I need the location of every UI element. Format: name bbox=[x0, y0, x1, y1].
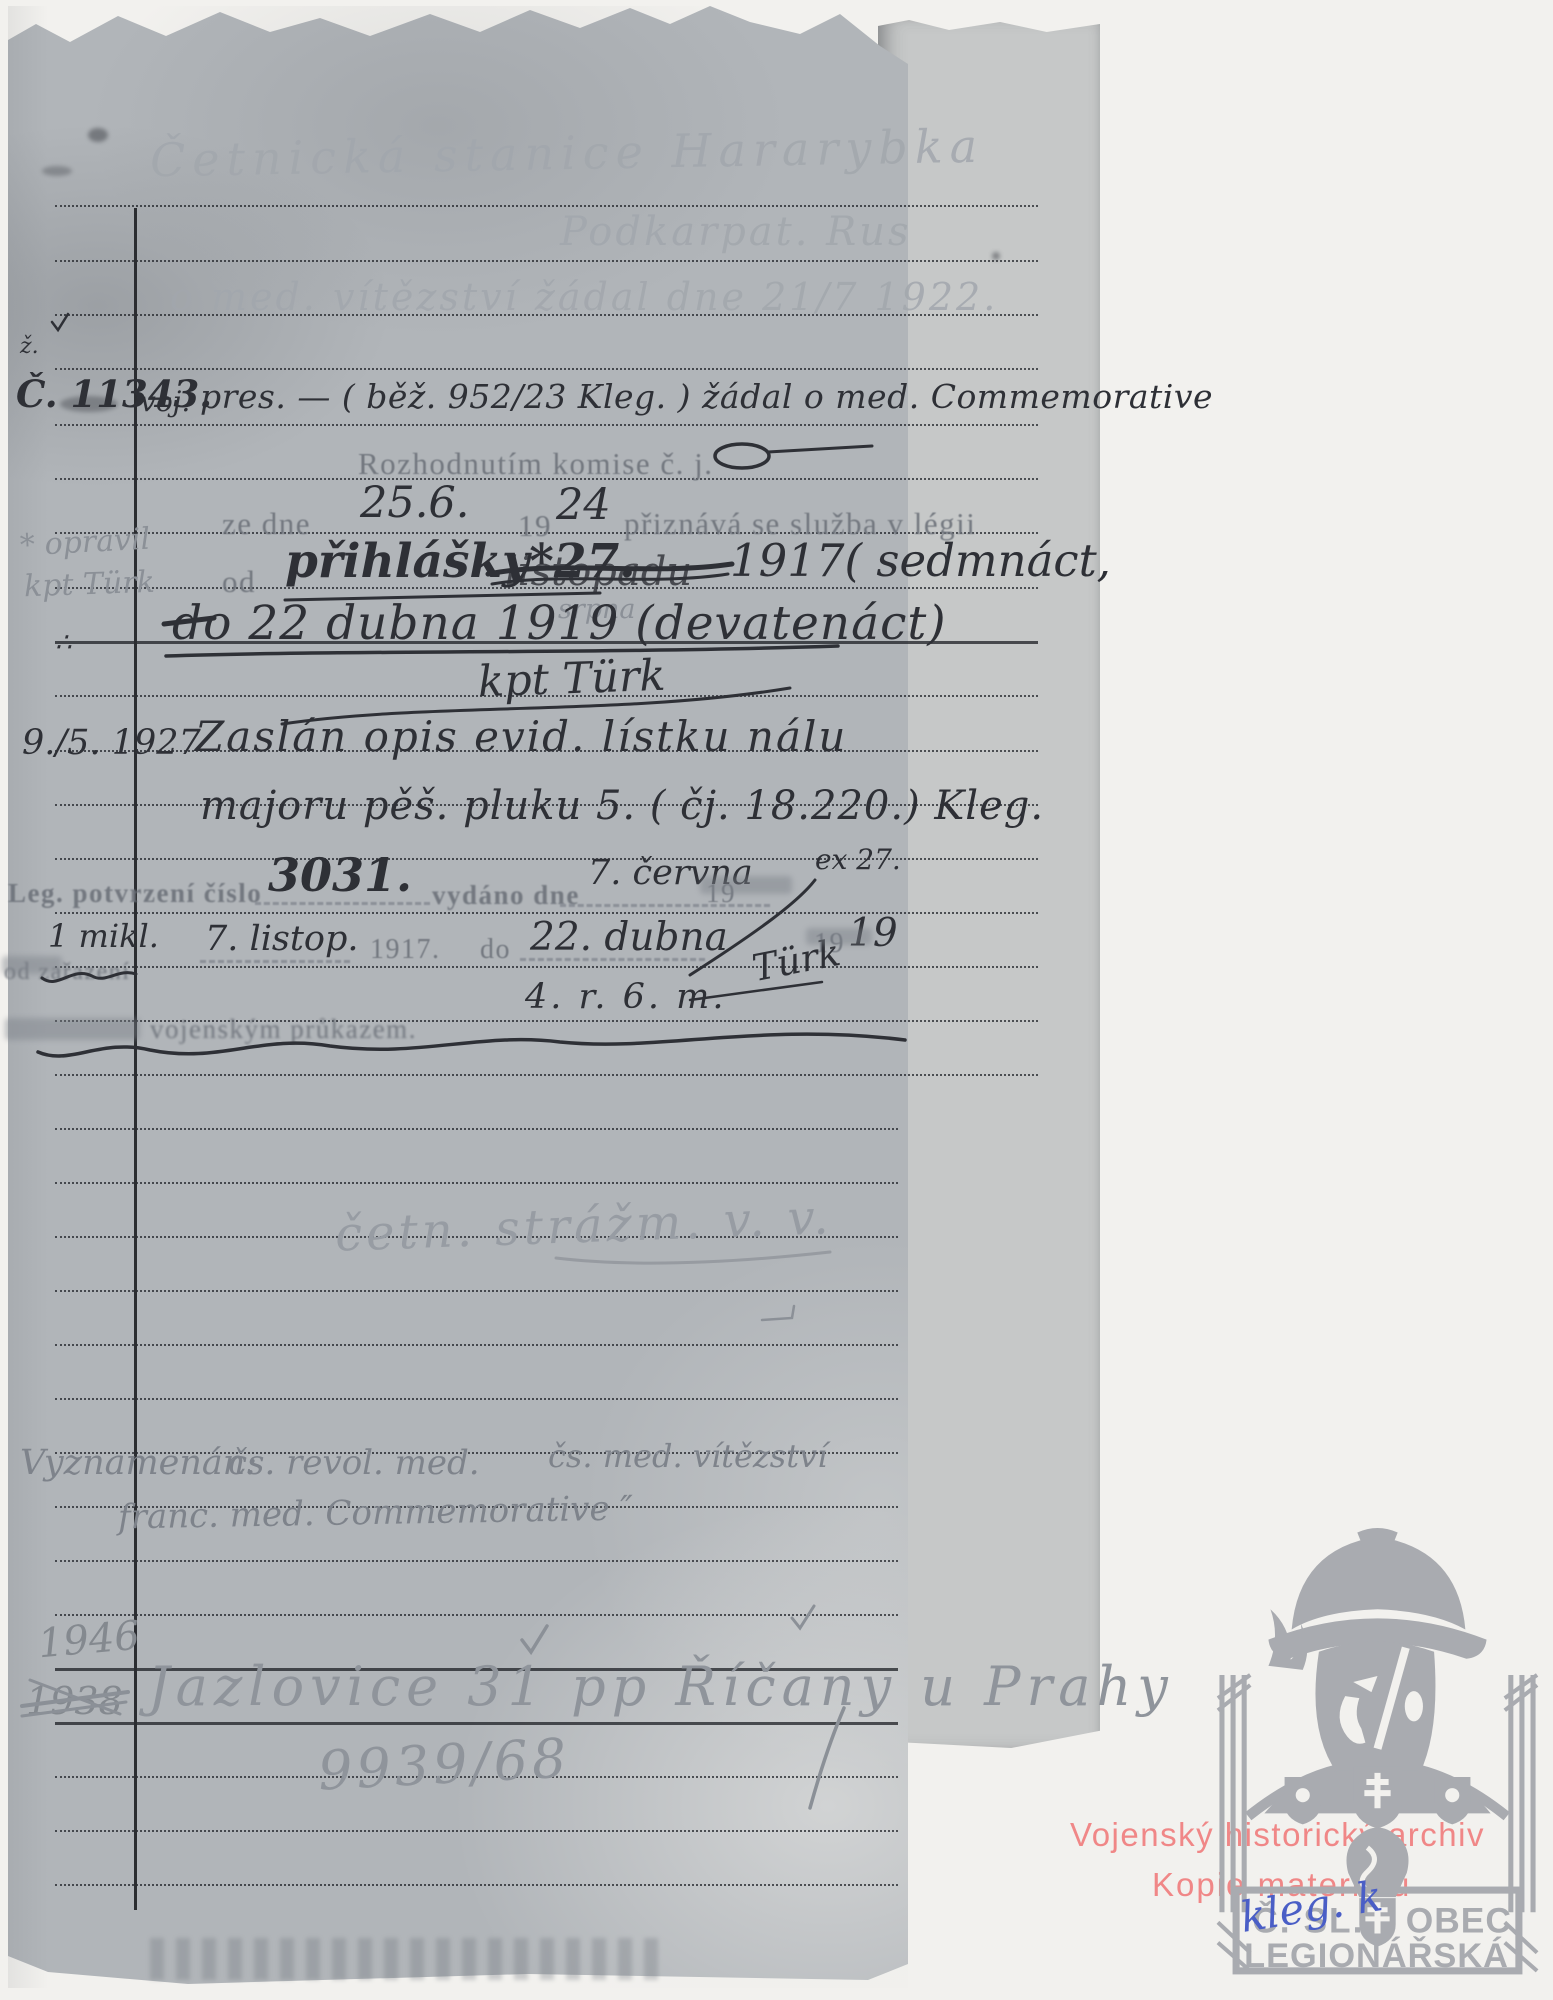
ruled-line bbox=[55, 1074, 1038, 1076]
ink-decision-date: 25.6. bbox=[360, 482, 469, 525]
ruled-line bbox=[55, 1884, 898, 1886]
pencil-header-station: Četnická stanice Hararybka bbox=[150, 123, 985, 184]
ruled-line bbox=[55, 1560, 898, 1562]
reference-number: 9939/68 bbox=[317, 1731, 572, 1798]
margin-kpt-turk: kpt Türk bbox=[24, 568, 156, 603]
stamp-smudge bbox=[2, 956, 62, 974]
ink-leg-number: 3031. bbox=[268, 852, 412, 898]
stamp-struck-prukazem: vojenským průkazem. bbox=[150, 1016, 417, 1043]
stamp-vydano: vydáno dne bbox=[432, 882, 580, 909]
ruled-line bbox=[55, 1128, 898, 1130]
ruled-line bbox=[55, 205, 1038, 207]
margin-dots: ∴ bbox=[55, 630, 72, 656]
year-1938-struck: 1938 bbox=[26, 1682, 123, 1720]
record-line1: Zaslán opis evid. lístku nálu bbox=[195, 716, 847, 758]
request-line: pres. — ( běž. 952/23 Kleg. ) žádal o me… bbox=[200, 380, 1213, 413]
ruled-line bbox=[55, 1614, 898, 1616]
margin-copies: 1 mikl. bbox=[48, 920, 159, 952]
award-franc-med: franc. med. Commemorative ″ bbox=[118, 1492, 634, 1535]
year-1946: 1946 bbox=[36, 1616, 141, 1665]
ink-1917: 1917( sedmnáct, bbox=[730, 538, 1111, 583]
stamp-1917: 1917. bbox=[370, 936, 441, 964]
record-ex: ex 27. bbox=[815, 846, 901, 874]
ink-dubna: 22. dubna bbox=[530, 918, 728, 957]
stamp-underline bbox=[560, 904, 770, 907]
stamp-leg-label: Leg. potvrzení číslo bbox=[8, 880, 262, 907]
stamp-smudge bbox=[5, 1018, 140, 1040]
ink-year-24: 24 bbox=[556, 484, 611, 527]
ink-duration: 4. r. 6. m. bbox=[525, 980, 727, 1015]
stamp-smudge bbox=[700, 876, 792, 894]
ruled-line bbox=[55, 966, 1038, 968]
margin-mark: ž. bbox=[20, 336, 39, 358]
ruled-line bbox=[55, 1344, 898, 1346]
scan-page: { "colors":{"paper":"#b1b5b9","under_she… bbox=[0, 0, 1553, 2000]
ruled-line bbox=[55, 1290, 898, 1292]
pencil-header-region: Podkarpat. Rus bbox=[560, 212, 912, 252]
stamp-komise: Rozhodnutím komise č. j. bbox=[358, 448, 713, 479]
award-med-vitezstvi: čs. med. vítězství bbox=[548, 1440, 827, 1472]
stamp-do: do bbox=[480, 936, 511, 964]
margin-date-1927: 9./5. 1927 bbox=[22, 726, 201, 761]
award-revol-med: čs. revol. med. bbox=[228, 1446, 480, 1480]
margin-opravil: * opravil bbox=[19, 525, 151, 562]
ruled-line bbox=[55, 1722, 898, 1725]
stamp-od: od bbox=[222, 566, 256, 597]
stamp-underline bbox=[520, 958, 705, 961]
ruled-line bbox=[55, 1182, 898, 1184]
record-line2: majoru pěš. pluku 5. ( čj. 18.220.) Kleg… bbox=[200, 786, 1044, 826]
ruled-line bbox=[55, 1830, 898, 1832]
struck-listopadu: listopadu bbox=[505, 552, 692, 592]
signature-kpt-turk: kpt Türk bbox=[477, 655, 666, 705]
watermark-text-legionarska: LEGIONÁŘSKÁ bbox=[1244, 1935, 1509, 1975]
ruled-line bbox=[55, 260, 1038, 262]
ruled-line bbox=[55, 368, 1038, 370]
ruled-line bbox=[55, 1398, 898, 1400]
awards-label: Vyznamenán: bbox=[20, 1446, 257, 1481]
ink-blot bbox=[88, 128, 108, 142]
bleed-through bbox=[150, 1938, 670, 1980]
speck bbox=[992, 252, 1000, 260]
stamp-smudge bbox=[806, 928, 872, 945]
stamp-underline bbox=[200, 960, 350, 963]
watermark-text-obec: OBEC bbox=[1406, 1902, 1512, 1941]
ink-do-1919: do 22 dubna 1919 (devatenáct) bbox=[172, 600, 947, 647]
margin-word: voj. bbox=[140, 388, 190, 416]
ink-listop: 7. listop. bbox=[205, 922, 359, 957]
address-note: Jazlovice 31 pp Říčany u Prahy bbox=[148, 1660, 1174, 1714]
stamp-underline bbox=[255, 902, 430, 905]
ruled-line bbox=[55, 424, 1038, 426]
ink-blot bbox=[42, 166, 72, 176]
pencil-header-request: o med. vítězství žádal dne 21/7 1922. bbox=[170, 278, 998, 316]
